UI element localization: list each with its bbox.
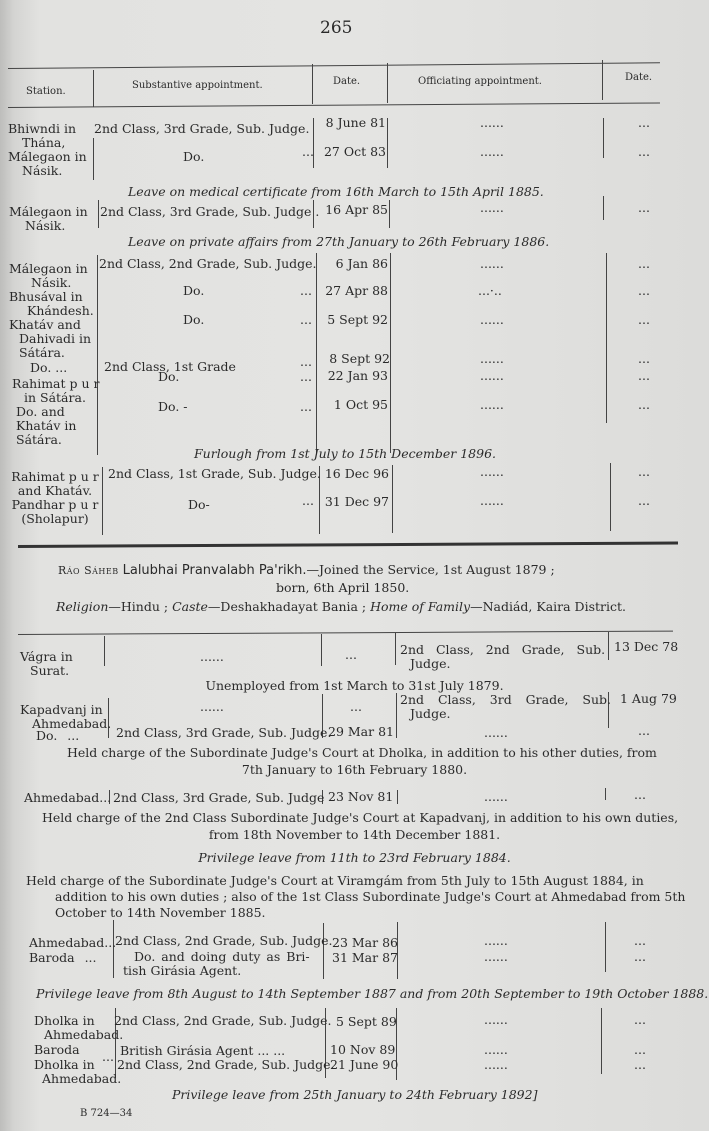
date-cell: ... [345, 648, 357, 662]
officiating-date-cell: ... [638, 145, 650, 159]
officiating-cell: ...... [480, 398, 504, 412]
station-cell: Rahimat p u r and Khatáv. [10, 470, 100, 498]
appointment-cell: Do- [188, 498, 210, 512]
officiating-cell: ...... [484, 790, 508, 804]
appointment-cell: British Girásia Agent ... ... [120, 1044, 285, 1058]
appointment-cell: Do. [183, 313, 204, 327]
officiating-date-cell: ... [638, 116, 650, 130]
officiating-date-cell: ... [634, 1043, 646, 1057]
appointment-cell: 2nd Class, 3rd Grade, Sub. Judge . [100, 205, 319, 219]
station-cell: Kapadvanj in Ahmedabad. [20, 703, 108, 731]
officiating-date-cell: ... [638, 398, 650, 412]
officiating-date-cell: ... [638, 465, 650, 479]
officiating-date-cell: ... [634, 934, 646, 948]
date-cell: 31 Mar 87 [332, 951, 398, 965]
section-divider [18, 542, 678, 548]
charge-note: 7th January to 16th February 1880. [0, 763, 709, 777]
officer-details: Religion—Hindu ; Caste—Deshakhadayat Ban… [56, 600, 626, 614]
station-cell: Do. and Khatáv in Sátára. [16, 405, 100, 447]
charge-note: Held charge of the 2nd Class Subordinate… [42, 811, 678, 825]
appointment-cell: 2nd Class, 3rd Grade, Sub. Judge [113, 791, 324, 805]
date-cell: 1 Oct 95 [318, 398, 388, 412]
station-cell: Do. ... [36, 729, 108, 743]
charge-note: Held charge of the Subordinate Judge's C… [26, 874, 644, 888]
officiating-date-cell: ... [638, 369, 650, 383]
date-cell: 8 Sept 92 [318, 352, 390, 366]
station-cell: Bhiwndi in Thána, [8, 122, 93, 150]
officiating-cell: ...... [484, 726, 508, 740]
officiating-date-cell: 13 Dec 78 [614, 640, 678, 654]
officiating-cell: 2nd Class, 2nd Grade, Sub. Judge. [400, 643, 606, 671]
officer-born: born, 6th April 1850. [276, 581, 409, 595]
officiating-date-cell: ... [638, 284, 650, 298]
station-cell: Málegaon in Násik. [8, 150, 93, 178]
date-cell: 16 Apr 85 [316, 203, 388, 217]
charge-note: October to 14th November 1885. [55, 906, 266, 920]
appointment-cell: 2nd Class, 3rd Grade, Sub. Judge. [94, 122, 309, 136]
print-signature: B 724—34 [80, 1108, 132, 1119]
leave-note: Privilege leave from 11th to 23rd Februa… [0, 851, 709, 865]
officiating-date-cell: ... [638, 724, 650, 738]
officiating-cell: ...... [480, 369, 504, 383]
appointment-cell: 2nd Class, 2nd Grade, Sub. Judge. [114, 1014, 332, 1028]
date-cell: 27 Oct 83 [318, 145, 386, 159]
date-cell: 22 Jan 93 [318, 369, 388, 383]
leave-note: Privilege leave from 25th January to 24t… [172, 1088, 537, 1102]
appointment-cell: 2nd Class, 2nd Grade, Sub. Judge. [115, 934, 333, 948]
date-cell: 5 Sept 89 [336, 1015, 397, 1029]
date-cell: 5 Sept 92 [318, 313, 388, 327]
date-cell: 23 Mar 86 [332, 936, 398, 950]
appointment-cell: 2nd Class, 3rd Grade, Sub. Judge. [116, 726, 331, 740]
officiating-cell: ...... [484, 1013, 508, 1027]
appointment-cell: 2nd Class, 1st Grade, Sub. Judge. [108, 467, 321, 481]
date-cell: 10 Nov 89 [330, 1043, 395, 1057]
date-cell: 27 Apr 88 [318, 284, 388, 298]
charge-note: addition to his own duties ; also of the… [55, 890, 685, 904]
station-cell: Pandhar p u r (Sholapur) [10, 498, 100, 526]
status-note: Unemployed from 1st March to 31st July 1… [0, 679, 709, 693]
officiating-date-cell: ... [634, 950, 646, 964]
date-cell: 6 Jan 86 [318, 257, 388, 271]
officiating-cell: ...... [484, 1058, 508, 1072]
station-cell: Málegaon in Násik. [9, 205, 99, 233]
date-cell: 23 Nov 81 [328, 790, 393, 804]
station-cell: Khatáv and Dahivadi in Sátára. [9, 318, 97, 360]
station-cell: Vágra in Surat. [20, 650, 104, 678]
page-number: 265 [320, 18, 352, 38]
officiating-cell: ...... [480, 352, 504, 366]
appointment-cell: Do. and doing duty as Bri- tish Girásia … [118, 950, 323, 978]
officiating-cell: ...... [484, 934, 508, 948]
date-cell: 8 June 81 [318, 116, 386, 130]
leave-note: Leave on medical certificate from 16th M… [128, 185, 544, 199]
station-cell: Dholka in Ahmedabad. [34, 1058, 118, 1086]
officiating-cell: ...... [480, 257, 504, 271]
leave-note: Furlough from 1st July to 15th December … [194, 447, 496, 461]
officiating-date-cell: ... [638, 352, 650, 366]
officer-heading: Ráo Sáheb Lalubhai Pranvalabh Pa'rikh.—J… [58, 563, 555, 578]
station-cell: Ahmedabad... [24, 791, 111, 805]
station-cell: Dholka in Ahmedabad. [34, 1014, 118, 1042]
date-cell: 16 Dec 96 [321, 467, 389, 481]
appointment-cell: 2nd Class, 2nd Grade, Sub. Judge. [99, 257, 317, 271]
officiating-date-cell: 1 Aug 79 [620, 692, 677, 706]
station-cell: Rahimat p u r in Sátára. [12, 377, 100, 405]
appointment-cell: 2nd Class, 2nd Grade, Sub. Judge. [117, 1058, 335, 1072]
station-cell: Málegaon in Násik. [9, 262, 97, 290]
officiating-cell: 2nd Class, 3rd Grade, Sub. Judge. [400, 693, 606, 721]
charge-note: Held charge of the Subordinate Judge's C… [67, 746, 657, 760]
document-page: 265 Station. Substantive appointment. Da… [0, 0, 709, 1131]
officiating-cell: ...... [480, 201, 504, 215]
officiating-cell: ...·.. [478, 284, 502, 298]
officiating-date-cell: ... [638, 257, 650, 271]
officiating-cell: ...... [480, 145, 504, 159]
leave-note: Leave on private affairs from 27th Janua… [128, 235, 549, 249]
col-officiating: Officiating appointment. [418, 76, 542, 87]
col-substantive: Substantive appointment. [132, 80, 263, 91]
officiating-cell: ...... [480, 465, 504, 479]
officiating-date-cell: ... [638, 494, 650, 508]
officiating-date-cell: ... [634, 788, 646, 802]
officiating-date-cell: ... [638, 201, 650, 215]
col-station: Station. [26, 86, 66, 97]
charge-note: from 18th November to 14th December 1881… [0, 828, 709, 842]
officiating-date-cell: ... [638, 313, 650, 327]
date-cell: 21 June 90 [330, 1058, 398, 1072]
appointment-cell: ...... [200, 650, 224, 664]
appointment-cell: Do. - [158, 400, 188, 414]
appointment-cell: Do. [183, 284, 204, 298]
appointment-cell: Do. [183, 150, 204, 164]
officiating-cell: ...... [484, 950, 508, 964]
officiating-cell: ...... [480, 313, 504, 327]
officiating-cell: ...... [480, 494, 504, 508]
officiating-date-cell: ... [634, 1058, 646, 1072]
station-cell: Ahmedabad... [29, 936, 115, 950]
station-cell: Baroda [34, 1043, 80, 1057]
appointment-cell: ...... [200, 700, 224, 714]
officiating-cell: ...... [480, 116, 504, 130]
station-cell: Baroda ... [29, 951, 115, 965]
col-date1: Date. [333, 76, 360, 87]
officiating-date-cell: ... [634, 1013, 646, 1027]
date-cell: 29 Mar 81 [326, 725, 394, 739]
date-cell: 31 Dec 97 [321, 495, 389, 509]
station-cell: Bhusával in Khándesh. [9, 290, 97, 318]
col-date2: Date. [625, 72, 652, 83]
officiating-cell: ...... [484, 1043, 508, 1057]
appointment-cell: Do. [158, 370, 179, 384]
date-cell: ... [350, 700, 362, 714]
leave-note: Privilege leave from 8th August to 14th … [36, 987, 708, 1001]
station-cell: Do. ... [30, 361, 67, 375]
